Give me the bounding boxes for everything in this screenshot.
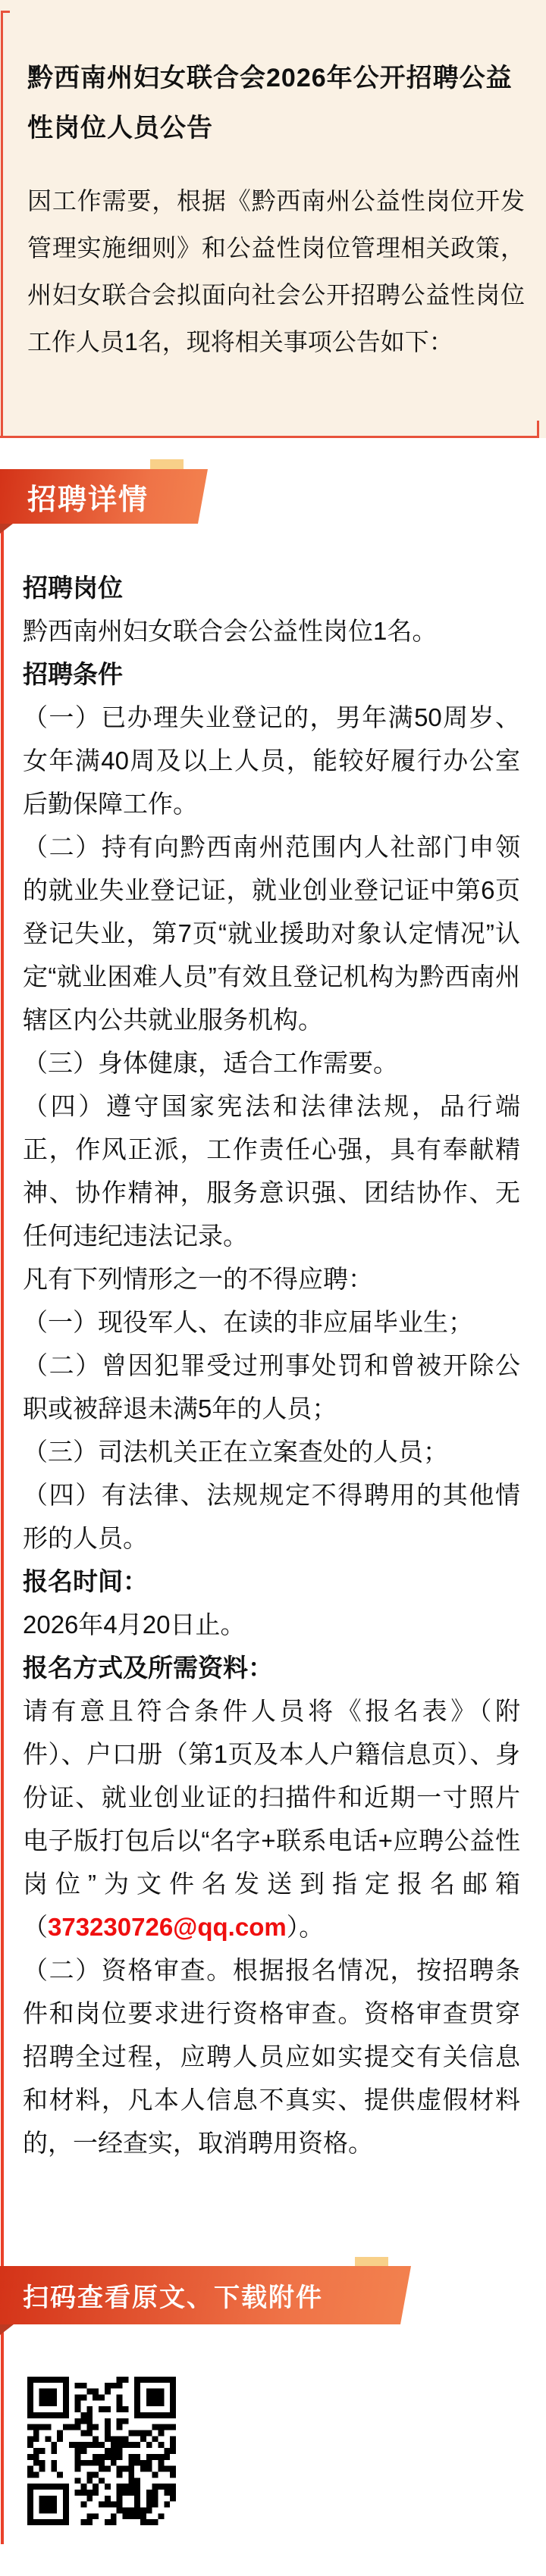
paragraph: （四）遵守国家宪法和法律法规，品行端正，作风正派，工作责任心强，具有奉献精神、协…: [23, 1085, 520, 1257]
announcement-page: 黔西南州妇女联合会2026年公开招聘公益性岗位人员公告 因工作需要，根据《黔西南…: [0, 0, 546, 2576]
paragraph-text: 请有意且符合条件人员将《报名表》（附件）、户口册（第1页及本人户籍信息页）、身份…: [23, 1697, 520, 1941]
paragraph: 2026年4月20日止。: [23, 1603, 520, 1646]
qr-banner: 扫码查看原文、下载附件: [0, 2266, 411, 2324]
card-frame-left: [1, 11, 3, 436]
paragraph: （二）曾因犯罪受过刑事处罚和曾被开除公职或被辞退未满5年的人员；: [23, 1344, 520, 1430]
section-heading: 招聘岗位: [23, 566, 520, 609]
paragraph: （三）身体健康，适合工作需要。: [23, 1041, 520, 1085]
paragraph: （一）现役军人、在读的非应届毕业生；: [23, 1301, 520, 1344]
email-text: 373230726@qq.com: [48, 1913, 287, 1941]
card-frame-bottom: [0, 436, 539, 438]
paragraph: （二）资格审查。根据报名情况，按招聘条件和岗位要求进行资格审查。资格审查贯穿招聘…: [23, 1948, 520, 2164]
intro-paragraph: 因工作需要，根据《黔西南州公益性岗位开发管理实施细则》和公益性岗位管理相关政策，…: [27, 177, 525, 365]
qr-banner-label: 扫码查看原文、下载附件: [23, 2277, 323, 2314]
ribbon-fold: [0, 2324, 14, 2335]
card-frame-top-tick: [1, 11, 10, 13]
section-heading: 报名方式及所需资料：: [23, 1646, 520, 1689]
left-accent-line: [1, 531, 4, 2544]
section-heading: 报名时间：: [23, 1560, 520, 1603]
paragraph: 黔西南州妇女联合会公益性岗位1名。: [23, 609, 520, 653]
paragraph-with-email: 请有意且符合条件人员将《报名表》（附件）、户口册（第1页及本人户籍信息页）、身份…: [23, 1689, 520, 1948]
announcement-body: 招聘岗位 黔西南州妇女联合会公益性岗位1名。 招聘条件 （一）已办理失业登记的，…: [23, 566, 520, 2164]
qr-code-icon: [27, 2377, 176, 2525]
paragraph: （一）已办理失业登记的，男年满50周岁、女年满40周及以上人员，能较好履行办公室…: [23, 696, 520, 825]
page-title: 黔西南州妇女联合会2026年公开招聘公益性岗位人员公告: [27, 53, 522, 153]
details-banner: 招聘详情: [0, 469, 208, 524]
details-banner-label: 招聘详情: [27, 476, 149, 518]
qr-code: [27, 2377, 176, 2525]
paragraph: 凡有下列情形之一的不得应聘：: [23, 1257, 520, 1301]
paragraph: （二）持有向黔西南州范围内人社部门申领的就业失业登记证，就业创业登记证中第6页登…: [23, 825, 520, 1041]
paragraph-text: ）。: [287, 1913, 325, 1941]
section-heading: 招聘条件: [23, 653, 520, 696]
card-frame-right: [537, 421, 539, 438]
ribbon-fold: [0, 524, 13, 534]
paragraph: （三）司法机关正在立案查处的人员；: [23, 1430, 520, 1473]
paragraph: （四）有法律、法规规定不得聘用的其他情形的人员。: [23, 1473, 520, 1560]
